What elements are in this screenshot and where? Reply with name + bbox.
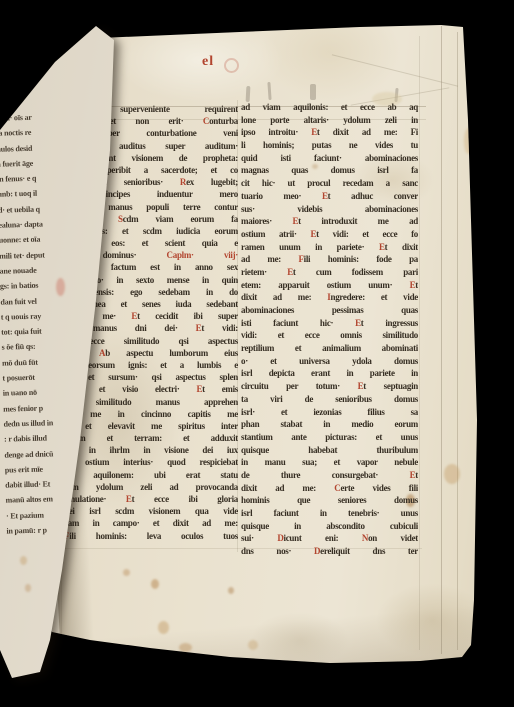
fragment-line: mō duū fūt <box>2 354 52 371</box>
fragment-line: : r dabis illud <box>4 431 54 448</box>
fragment-line: in uano nō <box>3 385 53 402</box>
fragment-line: t q uouis ray <box>1 308 51 325</box>
fragment-line: t posuerōt <box>2 369 52 386</box>
fragment-line: manū altos em <box>5 492 55 509</box>
fragment-line: salri· oīs ar <box>0 109 46 126</box>
fragment-line: mili tet· deput <box>0 247 49 264</box>
fragment-line: s ōe fiū qs: <box>1 339 51 356</box>
fragment-line: ta noctis re <box>0 125 46 142</box>
fragment-line: gs: in batios <box>0 278 50 295</box>
previous-page-text-fragments: salri· oīs arta noctis renulos desida fu… <box>0 109 57 538</box>
fragment-line: dedn us illud in <box>3 415 53 432</box>
stain <box>56 278 65 296</box>
fragment-line: ealuna· dapta <box>0 216 49 233</box>
fragment-line: dabit illud· Et <box>5 476 55 493</box>
stain <box>25 584 31 592</box>
fragment-line: denge ad dnicū <box>4 446 54 463</box>
fragment-line: dan fuit vel <box>0 293 50 310</box>
fragment-line: in pamū: r p <box>6 522 56 539</box>
fragment-line: nulos desid <box>0 140 47 157</box>
fragment-line: mes fenior p <box>3 400 53 417</box>
fragment-line: a fuerit āge <box>0 155 47 172</box>
fragment-line: pus erit mīe <box>5 461 55 478</box>
fragment-line: uonne: et oīa <box>0 232 49 249</box>
fragment-line: tot: quia fuit <box>1 324 51 341</box>
previous-page-edge-wrap: salri· oīs arta noctis renulos desida fu… <box>0 0 514 707</box>
fragment-line: unb: t uoq il <box>0 186 48 203</box>
manuscript-photo: el E gustia superveniente requirentpacem… <box>0 0 514 707</box>
previous-page-edge: salri· oīs arta noctis renulos desida fu… <box>0 0 514 707</box>
fragment-line: d· et uebila q <box>0 201 48 218</box>
stain <box>20 556 27 565</box>
fragment-line: ane nouade <box>0 262 50 279</box>
fragment-line: in fenus· e q <box>0 171 47 188</box>
fragment-line: · Et pazium <box>6 507 56 524</box>
